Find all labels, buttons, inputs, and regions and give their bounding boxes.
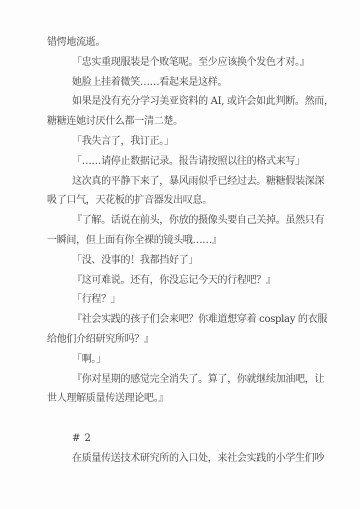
text-line: 『社会实践的孩子们会来吧？你难道想穿着 cosplay 的衣服 [47, 310, 330, 330]
text-line: 「行程？」 [47, 290, 330, 310]
text-line: 如果是没有充分学习美亚资料的 AI, 或许会如此判断。然而， [47, 92, 330, 112]
text-line: 『了解。话说在前头，你放的摄像头要自己关掉。虽然只有 [47, 211, 330, 231]
text-line: 「……请停止数据记录。报告请按照以往的格式来写」 [47, 152, 330, 172]
text-line: 世人理解质量传送理论吧。』 [47, 389, 330, 409]
ebook-page: 错愕地流逝。「忠实重现服装是个败笔呢。至少应该换个发色才对。』她脸上挂着微笑……… [0, 0, 360, 509]
text-line: 在质量传送技术研究所的入口处，来社会实践的小学生们吵 [47, 449, 330, 469]
text-line: 『这可难说。还有，你没忘记今天的行程吧？』 [47, 271, 330, 291]
text-line: 糖糖连她讨厌什么都一清二楚。 [47, 112, 330, 132]
text-line: 『你对星期的感觉完全消失了。算了，你就继续加油吧，让 [47, 370, 330, 390]
text-line: 「忠实重现服装是个败笔呢。至少应该换个发色才对。』 [47, 53, 330, 73]
text-line: 「啊。」 [47, 350, 330, 370]
text-line: 「我失言了，我订正。」 [47, 132, 330, 152]
blank-line [47, 409, 330, 429]
text-line: 这次真的平静下来了，暴风雨似乎已经过去。糖糖假装深深 [47, 172, 330, 192]
text-line: 她脸上挂着微笑……看起来是这样。 [47, 73, 330, 93]
section-marker: # 2 [47, 429, 330, 449]
text-line: 给他们介绍研究所吗？』 [47, 330, 330, 350]
text-line: 错愕地流逝。 [47, 33, 330, 53]
text-line: 「没、没事的！我都挡好了」 [47, 251, 330, 271]
text-lines-container: 错愕地流逝。「忠实重现服装是个败笔呢。至少应该换个发色才对。』她脸上挂着微笑……… [47, 33, 330, 469]
text-line: 吸了口气，天花板的扩音器发出叹息。 [47, 191, 330, 211]
text-line: 一瞬间，但上面有你全裸的镜头哦……』 [47, 231, 330, 251]
